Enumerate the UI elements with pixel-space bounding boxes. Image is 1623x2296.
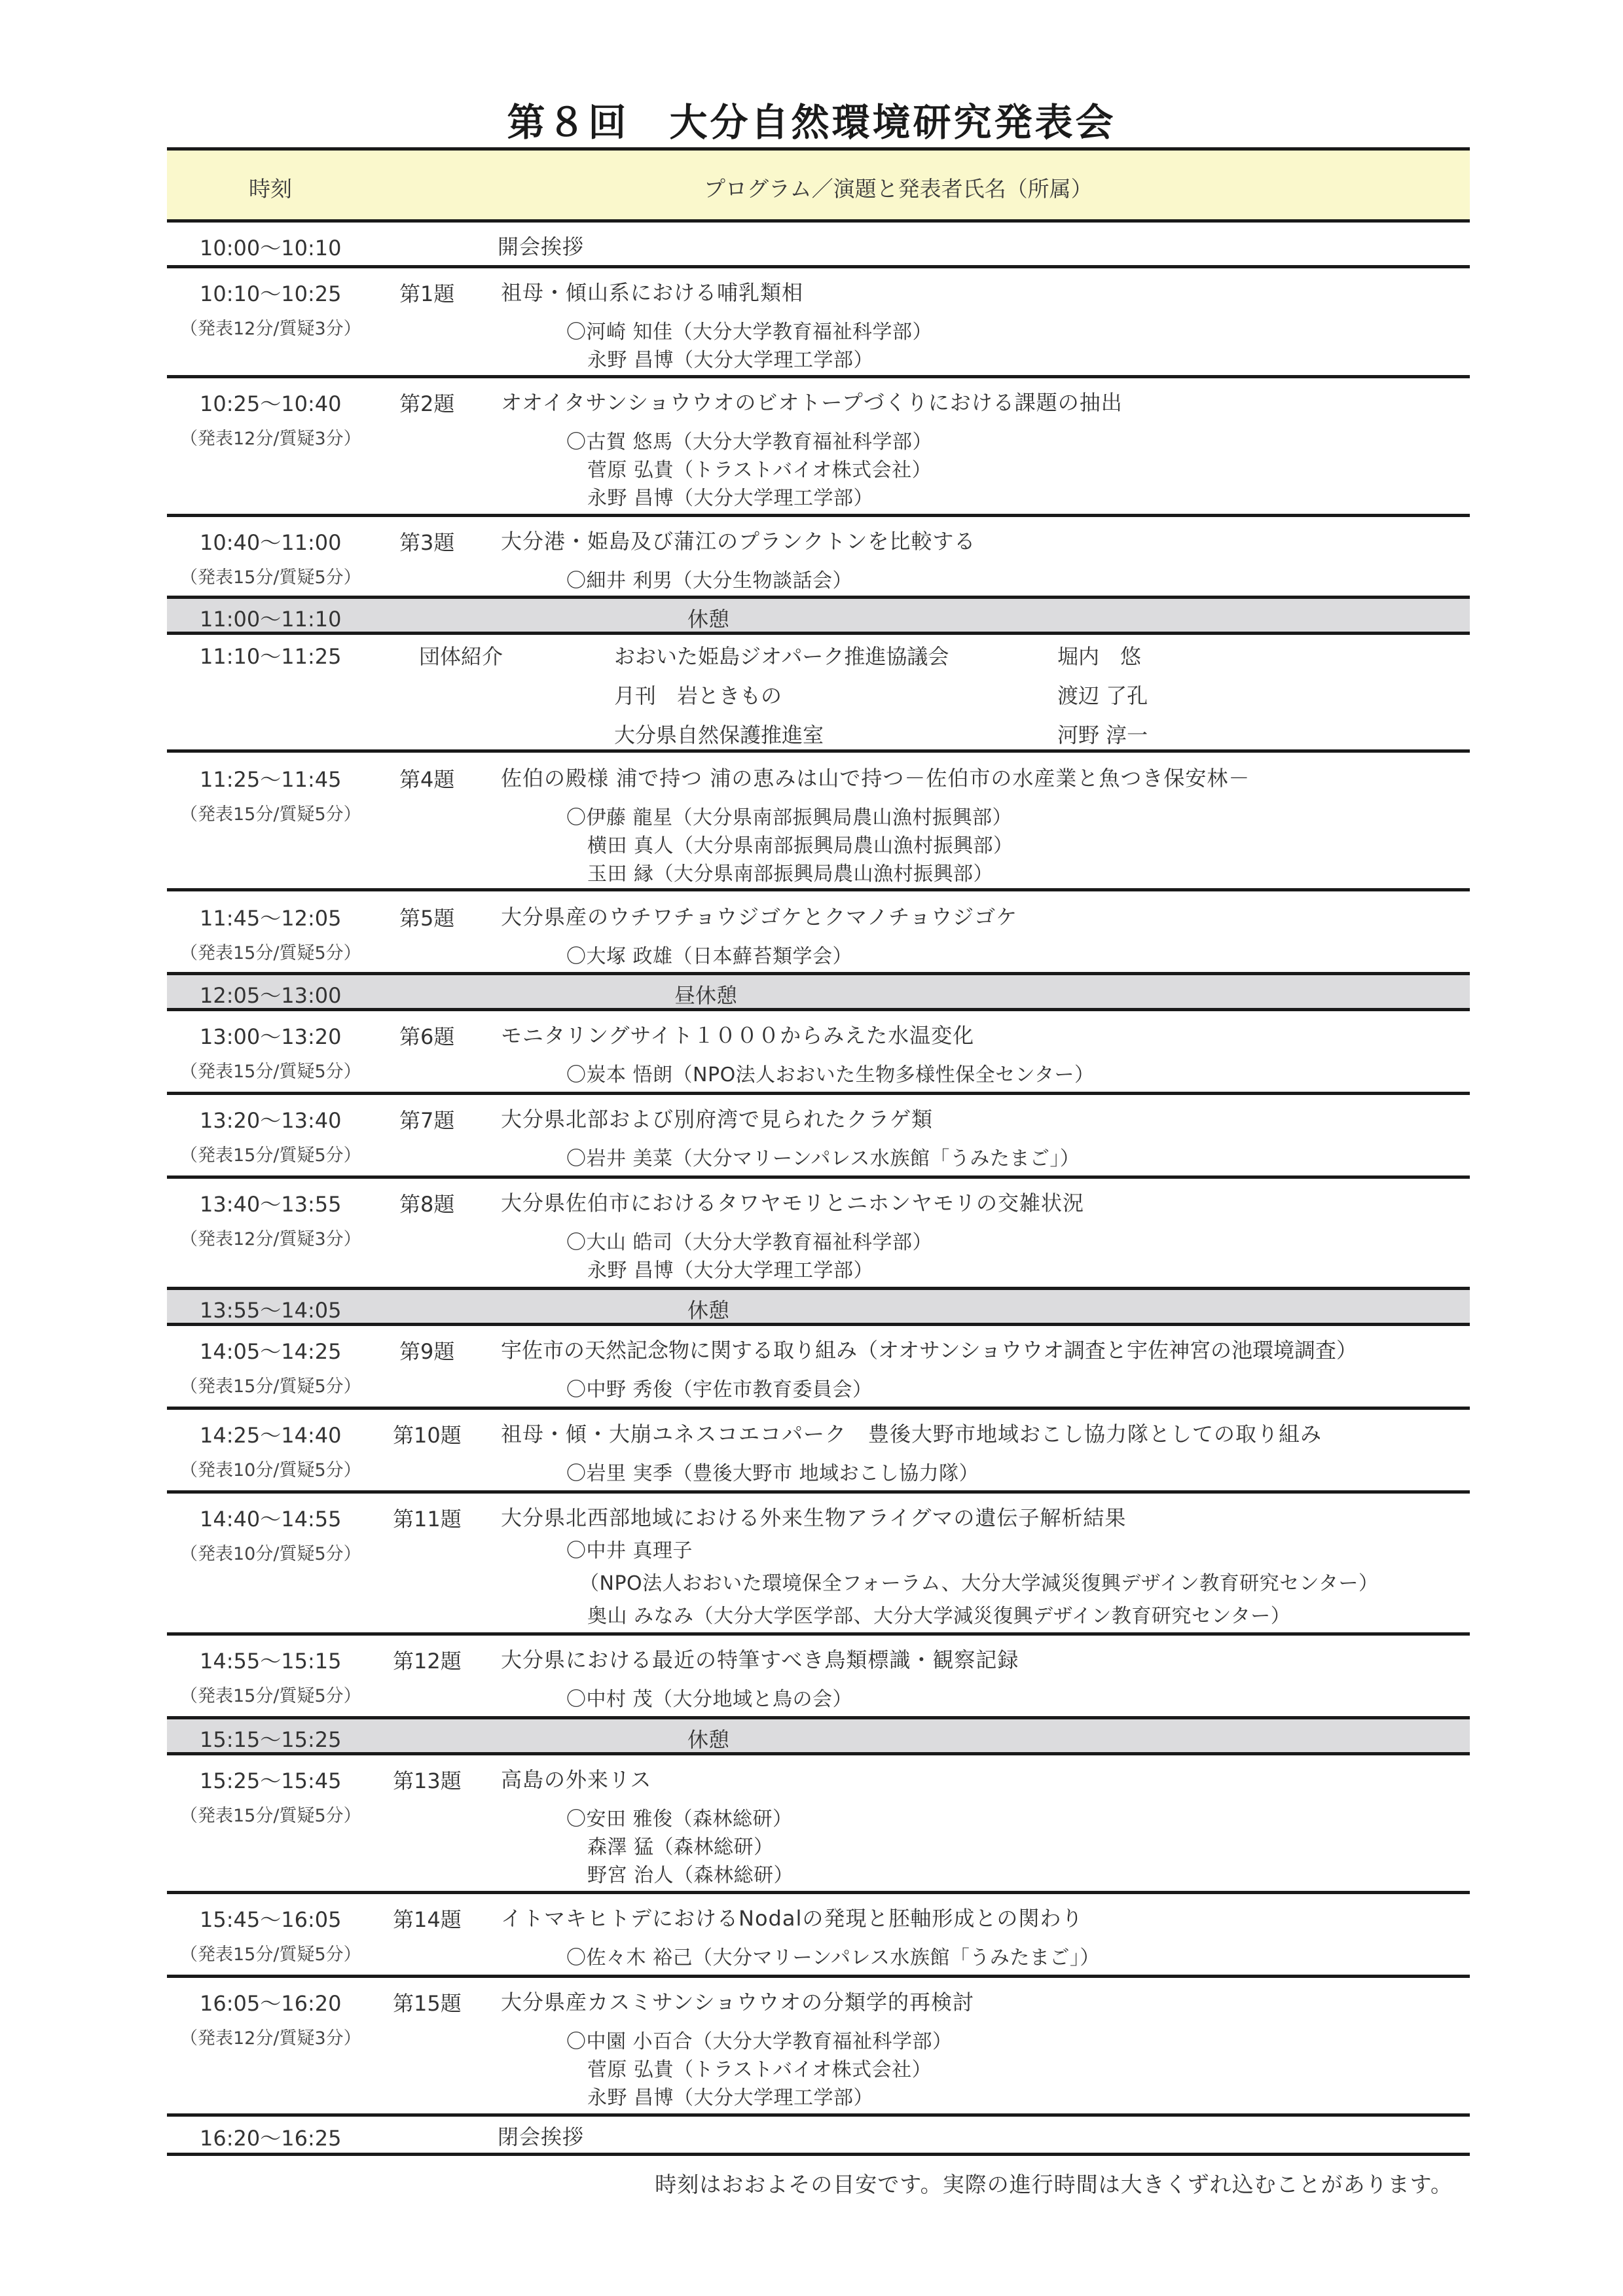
duration: （発表15分/質疑5分） (180, 563, 361, 588)
time: 13:40〜13:55 (200, 1188, 341, 1218)
break-label: 昼休憩 (674, 979, 737, 1009)
topic: 祖母・傾・大崩ユネスコエコパーク 豊後大野市地域おこし協力隊としての取り組み (501, 1418, 1322, 1448)
group-intro-label: 団体紹介 (419, 640, 503, 670)
topic: 大分県北部および別府湾で見られたクラゲ類 (501, 1103, 933, 1133)
duration: （発表15分/質疑5分） (180, 939, 361, 964)
time: 13:55〜14:05 (200, 1294, 341, 1324)
session-row: 14:05〜14:25 （発表15分/質疑5分） 第9題 宇佐市の天然記念物に関… (167, 1326, 1470, 1410)
duration: （発表12分/質疑3分） (180, 424, 361, 450)
topic: 高島の外来リス (501, 1763, 651, 1793)
time: 10:25〜10:40 (200, 387, 341, 418)
session-row: 10:25〜10:40 （発表12分/質疑3分） 第2題 オオイタサンショウウオ… (167, 378, 1470, 517)
presenter: 菅原 弘貴（トラストバイオ株式会社） (587, 2053, 932, 2082)
topic-number: 第1題 (399, 278, 454, 308)
time: 14:55〜15:15 (200, 1645, 341, 1675)
time: 14:25〜14:40 (200, 1419, 341, 1449)
topic: 佐伯の殿様 浦で持つ 浦の恵みは山で持つ－佐伯市の水産業と魚つき保安林－ (501, 762, 1250, 792)
org: 月刊 岩ときもの (614, 679, 782, 709)
time: 11:00〜11:10 (200, 603, 341, 633)
presenter: 〇細井 利男（大分生物談話会） (566, 564, 852, 593)
presenter: 野宮 治人（森林総研） (587, 1859, 793, 1888)
time: 11:10〜11:25 (200, 640, 341, 670)
topic: 宇佐市の天然記念物に関する取り組み（オオサンショウウオ調査と宇佐神宮の池環境調査… (501, 1334, 1357, 1364)
duration: （発表15分/質疑5分） (180, 1681, 361, 1707)
presenter: 〇中野 秀俊（宇佐市教育委員会） (566, 1373, 873, 1402)
label: 閉会挨拶 (498, 2121, 584, 2151)
presenter: 永野 昌博（大分大学理工学部） (587, 2081, 873, 2110)
break-row: 12:05〜13:00 昼休憩 (167, 972, 1470, 1011)
presenter: 奥山 みなみ（大分大学医学部、大分大学減災復興デザイン教育研究センター） (587, 1600, 1290, 1628)
person: 堀内 悠 (1057, 640, 1141, 670)
presenter: 〇中園 小百合（大分大学教育福祉科学部） (566, 2025, 953, 2054)
break-row: 15:15〜15:25 休憩 (167, 1716, 1470, 1755)
topic-number: 第12題 (393, 1645, 462, 1675)
time: 16:20〜16:25 (200, 2122, 341, 2152)
session-row: 14:40〜14:55 （発表10分/質疑5分） 第11題 大分県北西部地域にお… (167, 1494, 1470, 1636)
break-row: 13:55〜14:05 休憩 (167, 1287, 1470, 1326)
duration: （発表15分/質疑5分） (180, 1141, 361, 1166)
presenter: 〇伊藤 龍星（大分県南部振興局農山漁村振興部） (566, 801, 1012, 830)
presenter: 永野 昌博（大分大学理工学部） (587, 344, 873, 372)
duration: （発表15分/質疑5分） (180, 1940, 361, 1965)
topic-number: 第6題 (399, 1020, 454, 1050)
topic-number: 第8題 (399, 1188, 454, 1218)
topic: モニタリングサイト１０００からみえた水温変化 (501, 1019, 974, 1049)
presenter: 〇中井 真理子 (566, 1534, 693, 1563)
topic: 大分県における最近の特筆すべき鳥類標識・観察記録 (501, 1643, 1019, 1674)
duration: （発表12分/質疑3分） (180, 2024, 361, 2049)
time: 15:45〜16:05 (200, 1903, 341, 1933)
topic: 大分県北西部地域における外来生物アライグマの遺伝子解析結果 (501, 1501, 1126, 1532)
person: 渡辺 了孔 (1057, 679, 1148, 709)
header-program: プログラム／演題と発表者氏名（所属） (704, 172, 1093, 203)
header-time: 時刻 (249, 172, 292, 203)
session-row: 15:25〜15:45 （発表15分/質疑5分） 第13題 高島の外来リス 〇安… (167, 1755, 1470, 1894)
presenter: 〇安田 雅俊（森林総研） (566, 1803, 793, 1831)
presenter: 〇中村 茂（大分地域と鳥の会） (566, 1683, 852, 1712)
presenter: 〇岩里 実季（豊後大野市 地域おこし協力隊） (566, 1457, 979, 1486)
topic-number: 第5題 (399, 902, 454, 932)
topic: 大分県佐伯市におけるタワヤモリとニホンヤモリの交雑状況 (501, 1187, 1084, 1217)
closing-row: 16:20〜16:25 閉会挨拶 (167, 2117, 1470, 2156)
time: 13:20〜13:40 (200, 1104, 341, 1134)
presenter: 〇岩井 美菜（大分マリーンパレス水族館「うみたまご」） (566, 1142, 1080, 1171)
topic-number: 第14題 (393, 1903, 462, 1933)
topic: 祖母・傾山系における哺乳類相 (501, 276, 803, 306)
duration: （発表15分/質疑5分） (180, 1057, 361, 1083)
presenter: 永野 昌博（大分大学理工学部） (587, 1254, 873, 1283)
duration: （発表15分/質疑5分） (180, 1372, 361, 1397)
time: 12:05〜13:00 (200, 979, 341, 1009)
break-row: 11:00〜11:10 休憩 (167, 596, 1470, 635)
duration: （発表15分/質疑5分） (180, 1801, 361, 1827)
group-intro-row: 11:10〜11:25 団体紹介 おおいた姫島ジオパーク推進協議会 堀内 悠 月… (167, 635, 1470, 753)
topic: 大分港・姫島及び蒲江のプランクトンを比較する (501, 525, 976, 555)
time: 16:05〜16:20 (200, 1987, 341, 2017)
topic: 大分県産カスミサンショウウオの分類学的再検討 (501, 1986, 974, 2016)
break-label: 休憩 (687, 1723, 729, 1753)
table-header: 時刻 プログラム／演題と発表者氏名（所属） (167, 147, 1470, 223)
break-label: 休憩 (687, 603, 729, 633)
presenter: 森澤 猛（森林総研） (587, 1831, 774, 1859)
topic-number: 第10題 (393, 1419, 462, 1449)
page-title: 第８回 大分自然環境研究発表会 (0, 92, 1623, 147)
presenter: 横田 真人（大分県南部振興局農山漁村振興部） (587, 829, 1013, 858)
presenter: 〇河崎 知佳（大分大学教育福祉科学部） (566, 315, 932, 344)
session-row: 15:45〜16:05 （発表15分/質疑5分） 第14題 イトマキヒトデにおけ… (167, 1894, 1470, 1978)
duration: （発表10分/質疑5分） (180, 1456, 361, 1481)
presenter: 〇大山 皓司（大分大学教育福祉科学部） (566, 1226, 932, 1255)
time: 10:40〜11:00 (200, 526, 341, 556)
session-row: 14:25〜14:40 （発表10分/質疑5分） 第10題 祖母・傾・大崩ユネス… (167, 1410, 1470, 1494)
topic-number: 第2題 (399, 387, 454, 418)
footnote: 時刻はおおよその目安です。実際の進行時間は大きくずれ込むことがあります。 (655, 2168, 1453, 2198)
topic: オオイタサンショウウオのビオトープづくりにおける課題の抽出 (501, 386, 1123, 416)
topic-number: 第13題 (393, 1765, 462, 1795)
topic-number: 第7題 (399, 1104, 454, 1134)
session-row: 10:40〜11:00 （発表15分/質疑5分） 第3題 大分港・姫島及び蒲江の… (167, 517, 1470, 599)
topic-number: 第11題 (393, 1503, 462, 1533)
time: 10:00〜10:10 (200, 232, 341, 262)
topic: 大分県産のウチワチョウジゴケとクマノチョウジゴケ (501, 901, 1017, 931)
time: 13:00〜13:20 (200, 1020, 341, 1050)
presenter: 〇炭本 悟朗（NPO法人おおいた生物多様性保全センター） (566, 1058, 1094, 1087)
time: 15:25〜15:45 (200, 1765, 341, 1795)
session-row: 13:40〜13:55 （発表12分/質疑3分） 第8題 大分県佐伯市におけるタ… (167, 1179, 1470, 1290)
person: 河野 淳一 (1057, 719, 1148, 749)
topic: イトマキヒトデにおけるNodalの発現と胚軸形成との関わり (501, 1902, 1083, 1932)
topic-number: 第15題 (393, 1987, 462, 2017)
time: 15:15〜15:25 (200, 1723, 341, 1753)
org: おおいた姫島ジオパーク推進協議会 (614, 640, 949, 670)
presenter: 〇大塚 政雄（日本蘚苔類学会） (566, 940, 852, 969)
label: 開会挨拶 (498, 230, 584, 260)
duration: （発表10分/質疑5分） (180, 1539, 361, 1565)
time: 11:45〜12:05 (200, 902, 341, 932)
session-row: 13:20〜13:40 （発表15分/質疑5分） 第7題 大分県北部および別府湾… (167, 1095, 1470, 1179)
presenter: 〇古賀 悠馬（大分大学教育福祉科学部） (566, 425, 932, 454)
duration: （発表15分/質疑5分） (180, 800, 361, 825)
presenter: 〇佐々木 裕己（大分マリーンパレス水族館「うみたまご」） (566, 1941, 1100, 1970)
duration: （発表12分/質疑3分） (180, 314, 361, 340)
opening-row: 10:00〜10:10 開会挨拶 (167, 223, 1470, 268)
time: 14:05〜14:25 (200, 1335, 341, 1365)
session-row: 11:25〜11:45 （発表15分/質疑5分） 第4題 佐伯の殿様 浦で持つ … (167, 753, 1470, 891)
topic-number: 第9題 (399, 1335, 454, 1365)
presenter-affiliation: （NPO法人おおいた環境保全フォーラム、大分大学減災復興デザイン教育研究センター… (579, 1567, 1378, 1596)
session-row: 16:05〜16:20 （発表12分/質疑3分） 第15題 大分県産カスミサンシ… (167, 1978, 1470, 2117)
time: 10:10〜10:25 (200, 278, 341, 308)
topic-number: 第3題 (399, 526, 454, 556)
session-row: 10:10〜10:25 （発表12分/質疑3分） 第1題 祖母・傾山系における哺… (167, 268, 1470, 378)
session-row: 11:45〜12:05 （発表15分/質疑5分） 第5題 大分県産のウチワチョウ… (167, 891, 1470, 975)
session-row: 14:55〜15:15 （発表15分/質疑5分） 第12題 大分県における最近の… (167, 1636, 1470, 1719)
topic-number: 第4題 (399, 763, 454, 793)
duration: （発表12分/質疑3分） (180, 1225, 361, 1250)
presenter: 菅原 弘貴（トラストバイオ株式会社） (587, 454, 932, 482)
break-label: 休憩 (687, 1294, 729, 1324)
org: 大分県自然保護推進室 (614, 719, 824, 749)
presenter: 玉田 縁（大分県南部振興局農山漁村振興部） (587, 857, 993, 886)
session-row: 13:00〜13:20 （発表15分/質疑5分） 第6題 モニタリングサイト１０… (167, 1011, 1470, 1095)
time: 14:40〜14:55 (200, 1503, 341, 1533)
time: 11:25〜11:45 (200, 763, 341, 793)
presenter: 永野 昌博（大分大学理工学部） (587, 482, 873, 511)
